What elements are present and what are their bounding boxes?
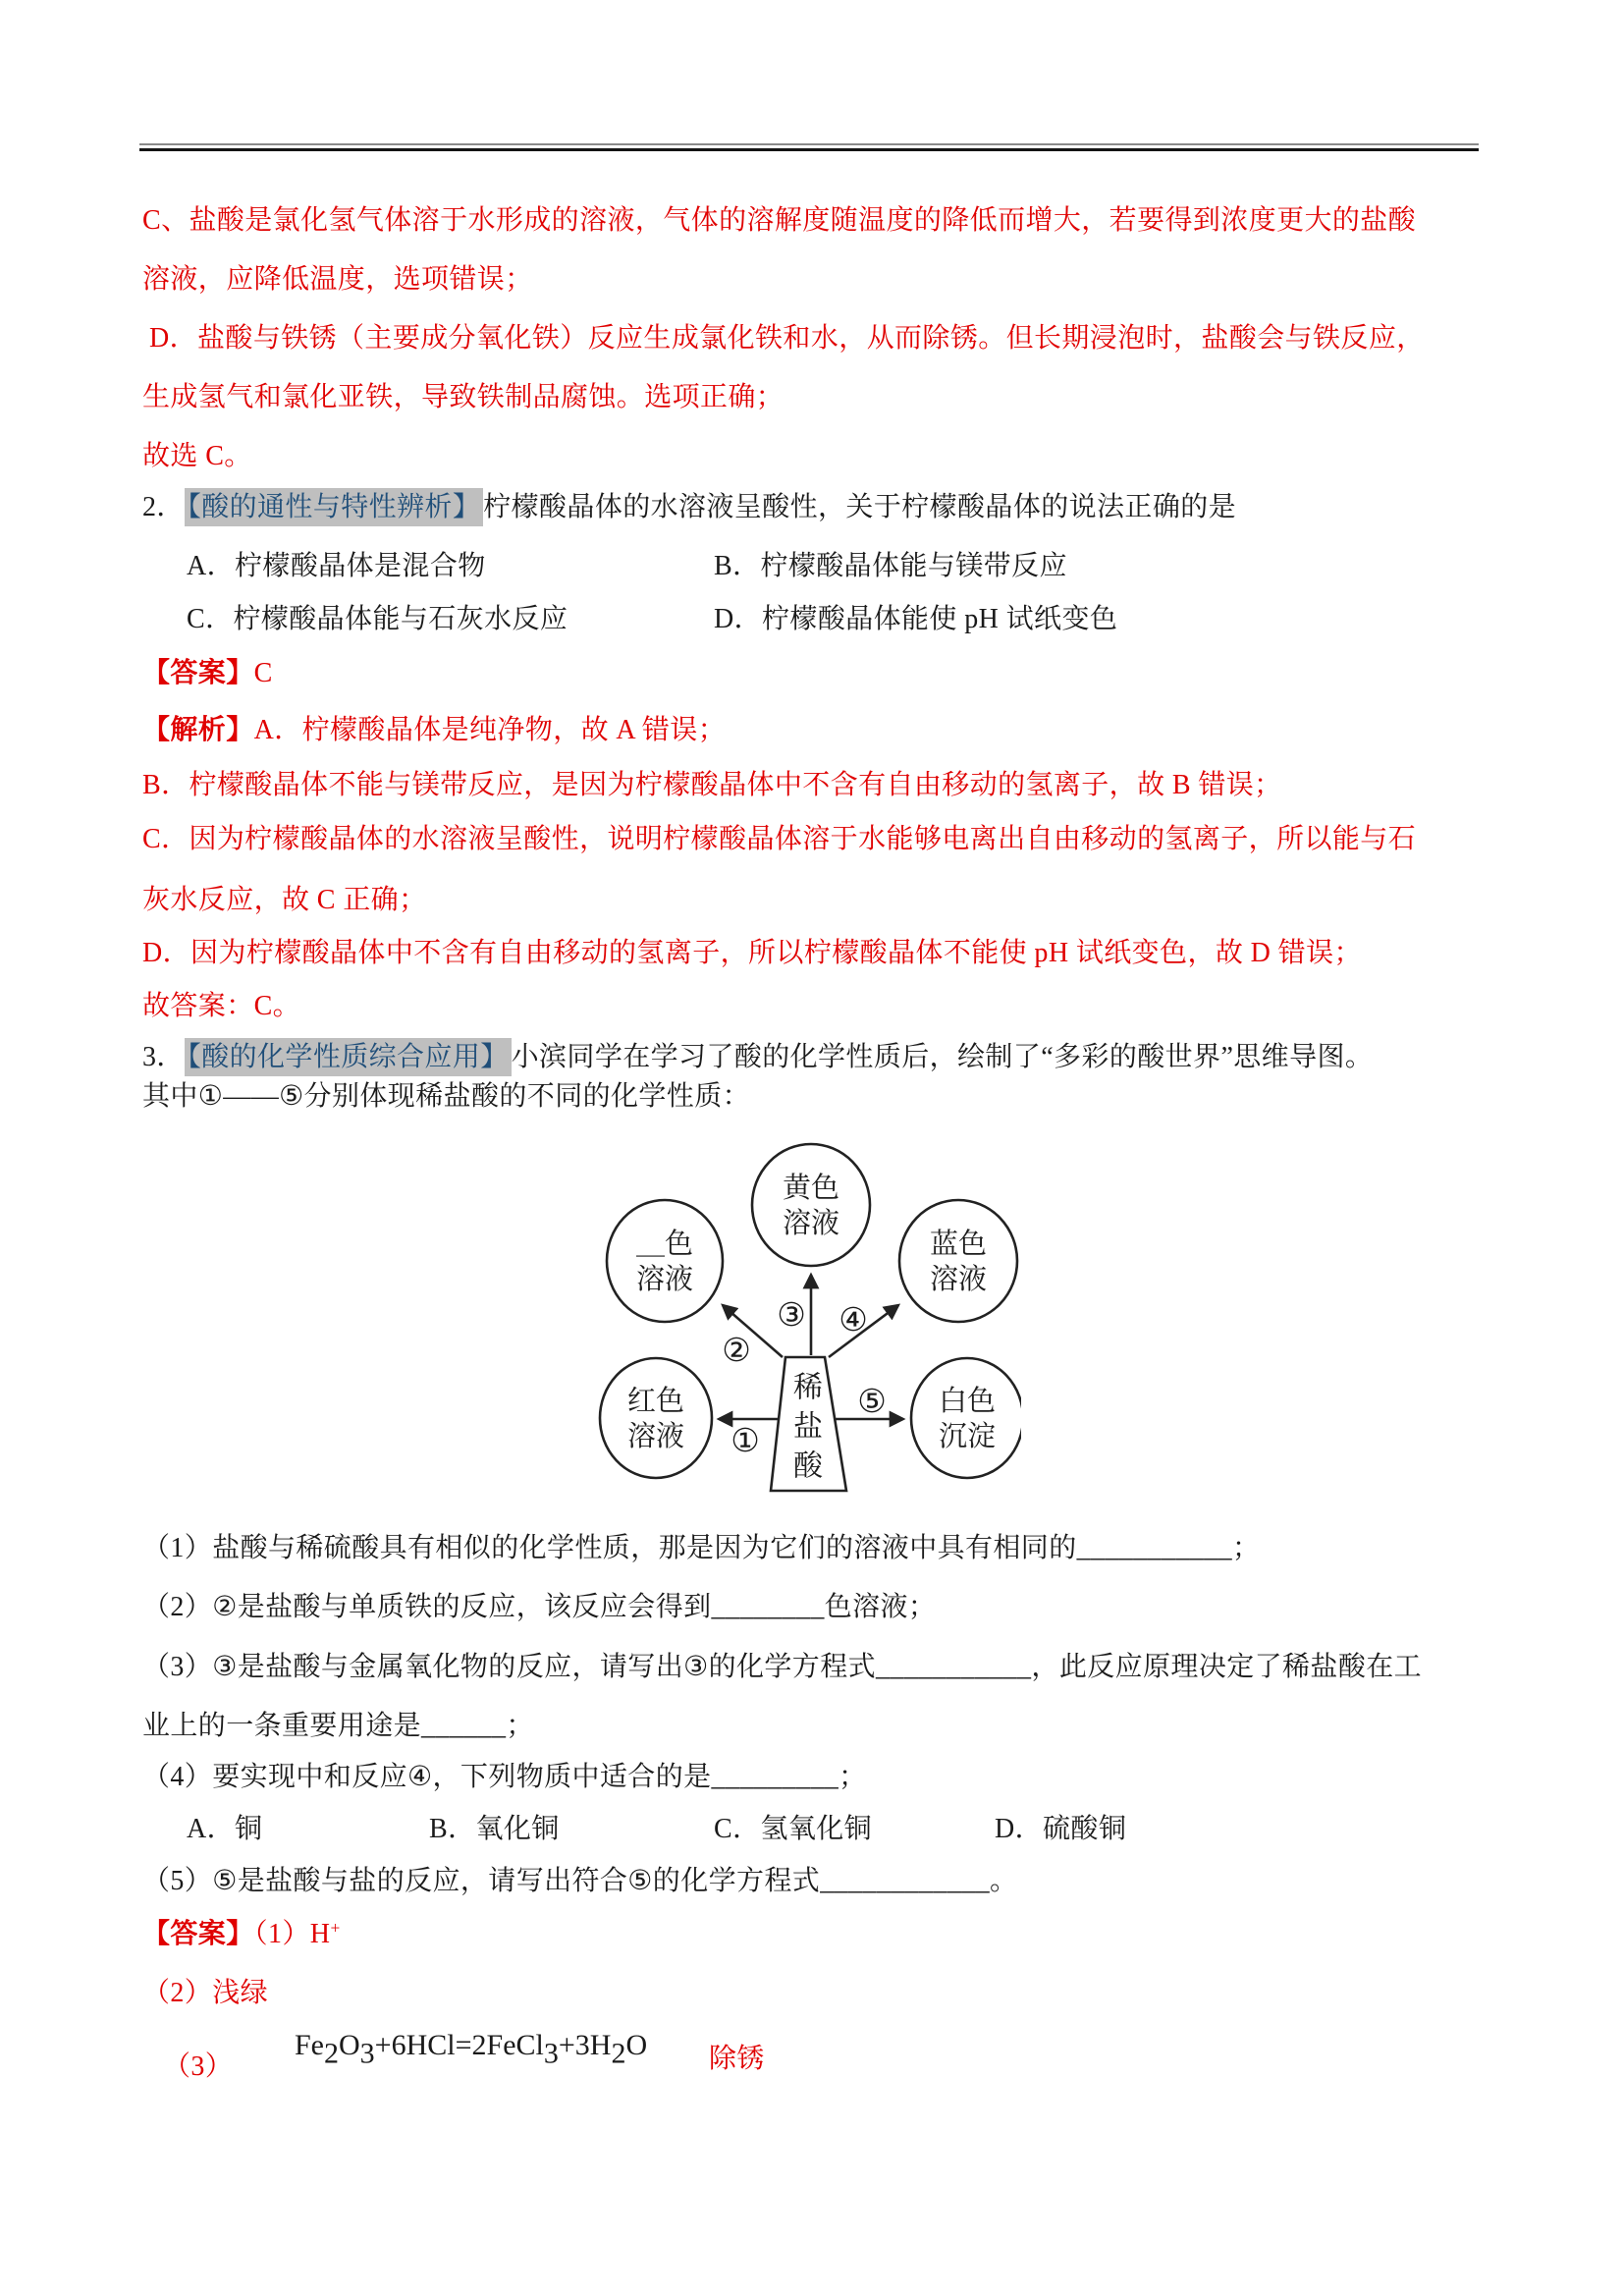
node-red-label-line2: 溶液 xyxy=(627,1420,684,1452)
text-span: 故选 C。 xyxy=(142,441,252,471)
text-span: 3 xyxy=(360,2037,375,2069)
answer-3-equation: Fe2O3+6HCl=2FeCl3+3H2O xyxy=(295,2026,647,2066)
center-label-char1: 稀 xyxy=(793,1372,823,1404)
blank-field: ________ xyxy=(712,1592,825,1622)
answer-3-use: 除锈 xyxy=(709,2040,765,2079)
text-group: C、盐酸是氯化氢气体溶于水形成的溶液，气体的溶解度随温度的降低而增大，若要得到浓… xyxy=(142,205,1416,236)
text-span: ； xyxy=(839,1762,866,1792)
text-span: C xyxy=(254,658,273,688)
node-yellow-label-line2: 溶液 xyxy=(783,1207,839,1239)
analysis-d-line1: D．盐酸与铁锈（主要成分氧化铁）反应生成氯化铁和水，从而除锈。但长期浸泡时，盐酸… xyxy=(149,319,1425,358)
blank-field: ____________ xyxy=(820,1866,990,1896)
text-span: O xyxy=(339,2029,360,2061)
text-span: 色溶液； xyxy=(825,1592,937,1622)
text-span: 柠檬酸晶体的水溶液呈酸性，关于柠檬酸晶体的说法正确的是 xyxy=(483,492,1236,522)
text-group: 【答案】（1）H+ xyxy=(142,1919,341,1949)
text-span: C．氢氧化铜 xyxy=(714,1814,872,1844)
text-span: 生成氢气和氯化亚铁，导致铁制品腐蚀。选项正确； xyxy=(142,382,784,412)
mindmap-diagram: ＿色 溶液 黄色 溶液 蓝色 溶液 红色 溶液 白色 沉淀 稀 盐 酸 ① ② … xyxy=(550,1129,1021,1503)
text-group: 【答案】C xyxy=(142,658,273,688)
text-group: 其中①——⑤分别体现稀盐酸的不同的化学性质： xyxy=(142,1081,750,1112)
option-d: D．柠檬酸晶体能使 pH 试纸变色 xyxy=(714,600,1117,639)
node-blank-label-line1: ＿色 xyxy=(636,1228,693,1260)
text-span: 业上的一条重要用途是 xyxy=(142,1711,421,1741)
option-b: B．氧化铜 xyxy=(429,1810,560,1849)
text-group: 故选 C。 xyxy=(142,441,252,471)
arrow-4-number: ④ xyxy=(839,1303,868,1339)
center-label-char2: 盐 xyxy=(793,1411,823,1444)
text-span: （5）⑤是盐酸与盐的反应，请写出符合⑤的化学方程式 xyxy=(142,1866,820,1896)
text-span: C．柠檬酸晶体能与石灰水反应 xyxy=(187,604,568,634)
arrow-5-number: ⑤ xyxy=(857,1385,887,1420)
option-c: C．氢氧化铜 xyxy=(714,1810,872,1849)
question-2-analysis-c2: 灰水反应，故 C 正确； xyxy=(142,881,426,920)
question-3-sub3-line2: 业上的一条重要用途是______； xyxy=(142,1707,534,1746)
text-span: C．因为柠檬酸晶体的水溶液呈酸性，说明柠檬酸晶体溶于水能够电离出自由移动的氢离子… xyxy=(142,824,1416,854)
text-span: ； xyxy=(1232,1533,1260,1563)
question-2-analysis-b: B．柠檬酸晶体不能与镁带反应，是因为柠檬酸晶体中不含有自由移动的氢离子，故 B … xyxy=(142,766,1282,805)
node-white-label-line2: 沉淀 xyxy=(939,1420,996,1452)
text-group: 灰水反应，故 C 正确； xyxy=(142,885,426,915)
center-label-char3: 酸 xyxy=(793,1450,824,1483)
text-span: D．硫酸铜 xyxy=(995,1814,1126,1844)
arrow-3-number: ③ xyxy=(777,1298,806,1334)
text-span: （3）③是盐酸与金属氧化物的反应，请写出③的化学方程式 xyxy=(142,1652,876,1682)
text-span: （2）浅绿 xyxy=(142,1978,268,2008)
worksheet-page: C、盐酸是氯化氢气体溶于水形成的溶液，气体的溶解度随温度的降低而增大，若要得到浓… xyxy=(0,0,1623,2296)
question-3-stem: 3．【酸的化学性质综合应用】小滨同学在学习了酸的化学性质后，绘制了“多彩的酸世界… xyxy=(142,1038,1373,1077)
text-span: （1）盐酸与稀硫酸具有相似的化学性质，那是因为它们的溶液中具有相同的 xyxy=(142,1533,1077,1563)
node-red-solution xyxy=(600,1358,712,1478)
analysis-c-line2: 溶液，应降低温度，选项错误； xyxy=(142,260,533,300)
arrow-2-number: ② xyxy=(722,1334,751,1369)
text-span: +6HCl=2FeCl xyxy=(375,2029,544,2061)
text-span: D．盐酸与铁锈（主要成分氧化铁）反应生成氯化铁和水，从而除锈。但长期浸泡时，盐酸… xyxy=(149,323,1425,354)
text-span: B．柠檬酸晶体能与镁带反应 xyxy=(714,551,1067,581)
text-span: Fe xyxy=(295,2029,324,2061)
text-group: （4）要实现中和反应④，下列物质中适合的是_________； xyxy=(142,1762,867,1792)
node-white-precipitate xyxy=(911,1358,1021,1478)
text-group: 2．【酸的通性与特性辨析】柠檬酸晶体的水溶液呈酸性，关于柠檬酸晶体的说法正确的是 xyxy=(142,488,1236,526)
text-span: 小滨同学在学习了酸的化学性质后，绘制了“多彩的酸世界”思维导图。 xyxy=(512,1042,1374,1072)
node-yellow-label-line1: 黄色 xyxy=(783,1172,839,1204)
question-2-analysis-a: 【解析】A．柠檬酸晶体是纯净物，故 A 错误； xyxy=(142,711,726,750)
text-span: 其中①——⑤分别体现稀盐酸的不同的化学性质： xyxy=(142,1081,750,1112)
text-span: B．氧化铜 xyxy=(429,1814,560,1844)
text-group: 【解析】A．柠檬酸晶体是纯净物，故 A 错误； xyxy=(142,715,726,745)
question-3-sub2: （2）②是盐酸与单质铁的反应，该反应会得到________色溶液； xyxy=(142,1588,936,1627)
blank-field: _________ xyxy=(712,1762,839,1792)
text-group: 故答案：C。 xyxy=(142,991,300,1021)
text-group: B．柠檬酸晶体不能与镁带反应，是因为柠檬酸晶体中不含有自由移动的氢离子，故 B … xyxy=(142,770,1282,800)
header-rule xyxy=(139,143,1479,151)
text-span: C、盐酸是氯化氢气体溶于水形成的溶液，气体的溶解度随温度的降低而增大，若要得到浓… xyxy=(142,205,1416,236)
text-span: 【答案】 xyxy=(142,1919,254,1949)
node-blue-label-line2: 溶液 xyxy=(930,1263,987,1295)
option-b: B．柠檬酸晶体能与镁带反应 xyxy=(714,547,1067,586)
question-3-sub4: （4）要实现中和反应④，下列物质中适合的是_________； xyxy=(142,1758,867,1797)
text-span: + xyxy=(330,1918,340,1937)
text-span: 【答案】 xyxy=(142,658,254,688)
blank-field: ___________ xyxy=(876,1652,1031,1682)
text-span: 。 xyxy=(990,1866,1017,1896)
text-span: 故答案：C。 xyxy=(142,991,300,1021)
question-3-tag: 【酸的化学性质综合应用】 xyxy=(185,1038,512,1076)
question-2-analysis-d: D．因为柠檬酸晶体中不含有自由移动的氢离子，所以柠檬酸晶体不能使 pH 试纸变色… xyxy=(142,934,1362,973)
text-group: （5）⑤是盐酸与盐的反应，请写出符合⑤的化学方程式____________。 xyxy=(142,1866,1017,1896)
question-3-sub1: （1）盐酸与稀硫酸具有相似的化学性质，那是因为它们的溶液中具有相同的______… xyxy=(142,1529,1260,1568)
text-span: 2 xyxy=(611,2037,625,2069)
text-span: 溶液，应降低温度，选项错误； xyxy=(142,264,533,295)
text-group: （2）②是盐酸与单质铁的反应，该反应会得到________色溶液； xyxy=(142,1592,936,1622)
question-2-tag: 【酸的通性与特性辨析】 xyxy=(185,488,483,526)
text-group: C．因为柠檬酸晶体的水溶液呈酸性，说明柠檬酸晶体溶于水能够电离出自由移动的氢离子… xyxy=(142,824,1416,854)
text-group: 3．【酸的化学性质综合应用】小滨同学在学习了酸的化学性质后，绘制了“多彩的酸世界… xyxy=(142,1038,1373,1076)
text-span: （2）②是盐酸与单质铁的反应，该反应会得到 xyxy=(142,1592,712,1622)
node-blank-label-line2: 溶液 xyxy=(636,1263,693,1295)
option-a: A．铜 xyxy=(187,1810,262,1849)
text-span: 2． xyxy=(142,492,185,522)
analysis-c-line1: C、盐酸是氯化氢气体溶于水形成的溶液，气体的溶解度随温度的降低而增大，若要得到浓… xyxy=(142,201,1416,241)
blank-field: ______ xyxy=(421,1711,506,1741)
node-yellow-solution xyxy=(752,1144,870,1266)
question-2-stem: 2．【酸的通性与特性辨析】柠檬酸晶体的水溶液呈酸性，关于柠檬酸晶体的说法正确的是 xyxy=(142,488,1236,527)
text-group: （2）浅绿 xyxy=(142,1978,268,2008)
question-3-sub3-line1: （3）③是盐酸与金属氧化物的反应，请写出③的化学方程式___________，此… xyxy=(142,1648,1422,1687)
arrow-1-number: ① xyxy=(730,1424,760,1459)
text-group: 生成氢气和氯化亚铁，导致铁制品腐蚀。选项正确； xyxy=(142,382,784,412)
question-2-analysis-c1: C．因为柠檬酸晶体的水溶液呈酸性，说明柠檬酸晶体溶于水能够电离出自由移动的氢离子… xyxy=(142,820,1416,859)
text-group: D．盐酸与铁锈（主要成分氧化铁）反应生成氯化铁和水，从而除锈。但长期浸泡时，盐酸… xyxy=(149,323,1425,354)
text-span: 3 xyxy=(544,2037,559,2069)
text-span: D．柠檬酸晶体能使 pH 试纸变色 xyxy=(714,604,1117,634)
text-group: 业上的一条重要用途是______； xyxy=(142,1711,534,1741)
text-group: 溶液，应降低温度，选项错误； xyxy=(142,264,533,295)
question-2-conclusion: 故答案：C。 xyxy=(142,987,300,1026)
text-span: D．因为柠檬酸晶体中不含有自由移动的氢离子，所以柠檬酸晶体不能使 pH 试纸变色… xyxy=(142,938,1362,968)
text-group: （1）盐酸与稀硫酸具有相似的化学性质，那是因为它们的溶液中具有相同的______… xyxy=(142,1533,1260,1563)
text-span: A．柠檬酸晶体是纯净物，故 A 错误； xyxy=(254,715,727,745)
question-3-answer-1: 【答案】（1）H+ xyxy=(142,1915,341,1954)
text-span: （1）H xyxy=(254,1919,331,1949)
question-3-stem-line2: 其中①——⑤分别体现稀盐酸的不同的化学性质： xyxy=(142,1077,750,1117)
question-3-answer-2: （2）浅绿 xyxy=(142,1974,268,2013)
node-white-label-line1: 白色 xyxy=(939,1385,996,1417)
node-blue-label-line1: 蓝色 xyxy=(930,1228,987,1260)
question-3-sub5: （5）⑤是盐酸与盐的反应，请写出符合⑤的化学方程式____________。 xyxy=(142,1862,1017,1901)
text-span: （4）要实现中和反应④，下列物质中适合的是 xyxy=(142,1762,712,1792)
blank-field: ___________ xyxy=(1077,1533,1232,1563)
text-span: A．柠檬酸晶体是混合物 xyxy=(187,551,486,581)
text-span: ，此反应原理决定了稀盐酸在工 xyxy=(1031,1652,1422,1682)
text-span: 2 xyxy=(324,2037,339,2069)
analysis-conclusion: 故选 C。 xyxy=(142,437,252,476)
text-span: ； xyxy=(506,1711,533,1741)
text-group: D．因为柠檬酸晶体中不含有自由移动的氢离子，所以柠檬酸晶体不能使 pH 试纸变色… xyxy=(142,938,1362,968)
text-span: 灰水反应，故 C 正确； xyxy=(142,885,426,915)
option-a: A．柠檬酸晶体是混合物 xyxy=(187,547,486,586)
option-c: C．柠檬酸晶体能与石灰水反应 xyxy=(187,600,568,639)
text-span: 【解析】 xyxy=(142,715,254,745)
text-group: （3）③是盐酸与金属氧化物的反应，请写出③的化学方程式___________，此… xyxy=(142,1652,1422,1682)
text-span: （3） xyxy=(163,2051,233,2082)
question-2-answer: 【答案】C xyxy=(142,654,273,693)
text-span: B．柠檬酸晶体不能与镁带反应，是因为柠檬酸晶体中不含有自由移动的氢离子，故 B … xyxy=(142,770,1282,800)
node-blue-solution xyxy=(899,1200,1017,1322)
text-span: +3H xyxy=(559,2029,612,2061)
node-blank-solution xyxy=(607,1200,723,1322)
option-d: D．硫酸铜 xyxy=(995,1810,1126,1849)
node-red-label-line1: 红色 xyxy=(627,1385,684,1417)
analysis-d-line2: 生成氢气和氯化亚铁，导致铁制品腐蚀。选项正确； xyxy=(142,378,784,417)
text-span: O xyxy=(625,2029,647,2061)
answer-3-index: （3） xyxy=(163,2048,233,2087)
text-span: 3． xyxy=(142,1042,185,1072)
text-span: 除锈 xyxy=(709,2044,765,2074)
text-span: A．铜 xyxy=(187,1814,262,1844)
